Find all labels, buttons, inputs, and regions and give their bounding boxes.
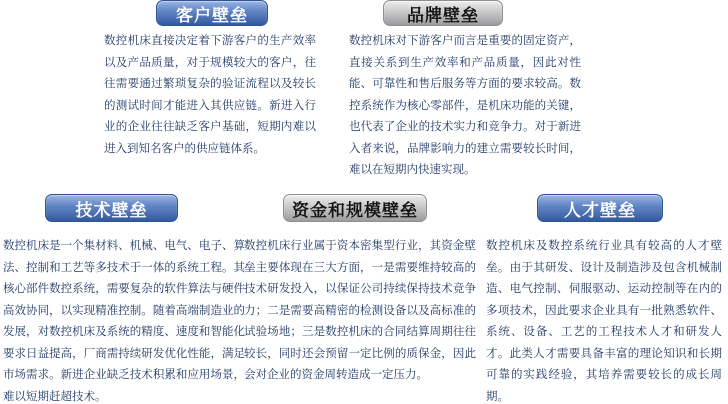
section-body-talent: 数控机床及数控系统行业具有较高的人才壁垒。由于其研发、设计及制造涉及包含机械制造… — [486, 236, 722, 404]
section-title: 人才壁垒 — [564, 196, 636, 221]
section-title: 资金和规模壁垒 — [292, 196, 418, 221]
section-header-talent: 人才壁垒 — [537, 194, 663, 222]
section-body-brand: 数控机床对下游客户而言是重要的固定资产，直接关系到生产效率和产品质量，因此对性能… — [349, 31, 581, 182]
section-header-capital-scale: 资金和规模壁垒 — [283, 194, 427, 222]
section-body-technology: 数控机床是一个集材料、机械、电气、电子、算法、控制和工艺等多技术于一体的系统工程… — [3, 236, 245, 404]
slide-canvas: 客户壁垒 数控机床直接决定着下游客户的生产效率以及产品质量，对于规模较大的客户，… — [0, 0, 728, 404]
section-title: 品牌壁垒 — [407, 1, 479, 26]
section-body-capital-scale: 数控机床行业属于资本密集型行业，其资金壁垒主要体现在三大方面，一是需要维持较高的… — [244, 236, 476, 387]
section-body-customer: 数控机床直接决定着下游客户的生产效率以及产品质量，对于规模较大的客户，往往需要通… — [104, 31, 316, 160]
section-header-brand: 品牌壁垒 — [383, 0, 503, 26]
section-title: 技术壁垒 — [76, 196, 148, 221]
section-header-customer: 客户壁垒 — [156, 0, 268, 26]
section-header-technology: 技术壁垒 — [45, 194, 178, 222]
section-title: 客户壁垒 — [176, 1, 248, 26]
